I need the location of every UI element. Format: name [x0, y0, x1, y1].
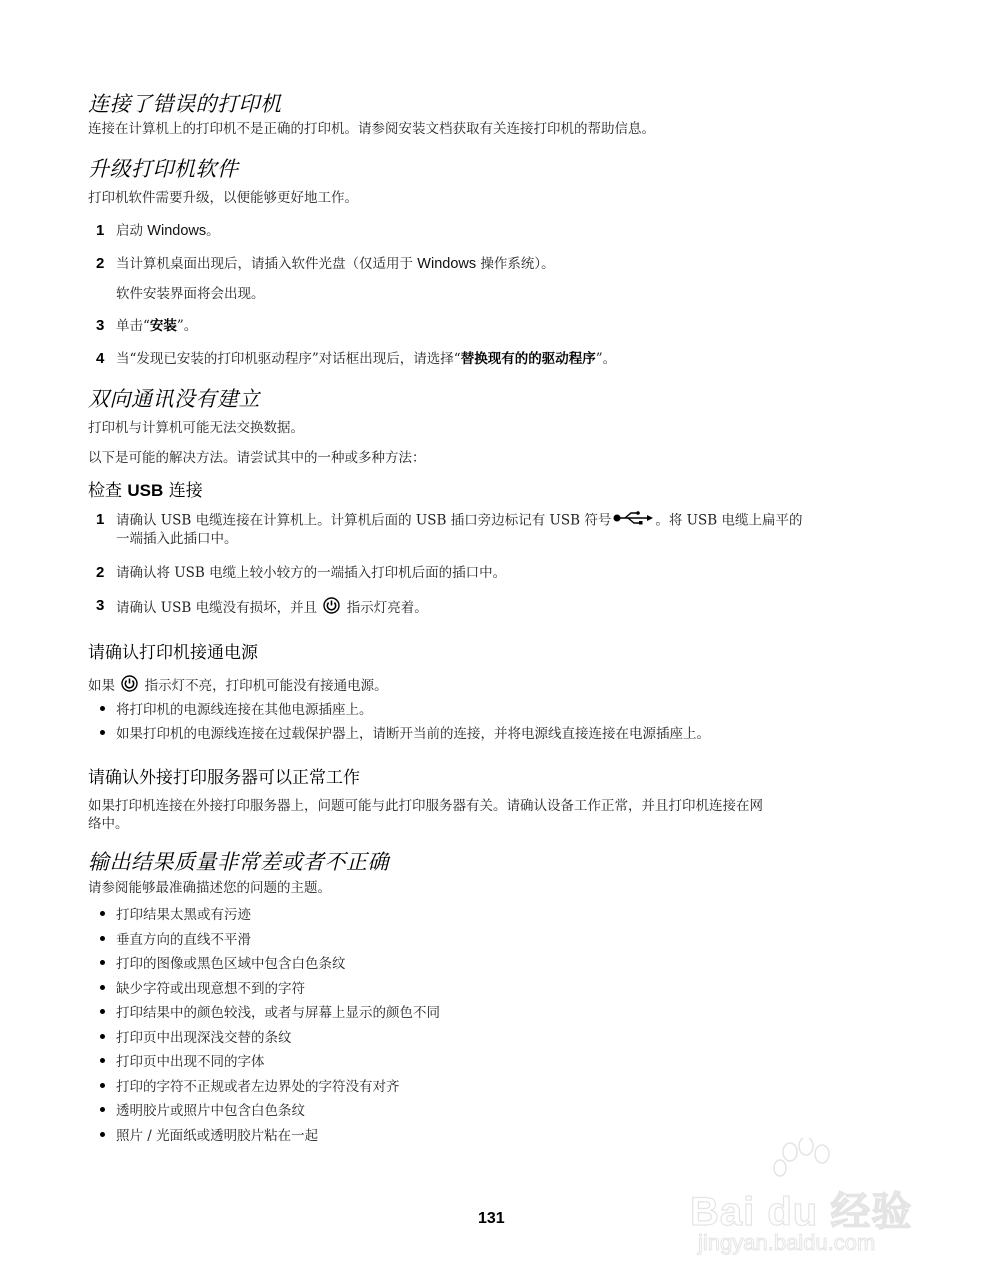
- step-text-latin: Windows: [147, 223, 206, 239]
- step-number: 4: [96, 350, 104, 367]
- bullet-dot: [100, 936, 105, 941]
- list-item: 将打印机的电源线连接在其他电源插座上。: [116, 698, 373, 718]
- heading-text: 检查: [88, 481, 127, 501]
- step-number: 3: [96, 597, 104, 614]
- step-insert-cd: 当计算机桌面出现后，请插入软件光盘（仅适用于 Windows 操作系统）。: [116, 255, 555, 274]
- bullet-dot: [100, 960, 105, 965]
- paragraph-bidirectional-1: 打印机与计算机可能无法交换数据。: [88, 419, 304, 438]
- bullet-dot: [100, 1107, 105, 1112]
- page-number: 131: [478, 1210, 505, 1228]
- bullet-dot: [100, 1132, 105, 1137]
- step-text-bold: 替换现有的的驱动程序: [461, 351, 596, 367]
- bullet-dot: [100, 706, 105, 711]
- list-item: 照片 / 光面纸或透明胶片粘在一起: [116, 1124, 318, 1144]
- step-text: 操作系统）。: [476, 256, 555, 272]
- step-text: 请确认 USB 电缆没有损坏，并且: [116, 600, 321, 616]
- bullet-dot: [100, 1058, 105, 1063]
- list-item: 垂直方向的直线不平滑: [116, 928, 251, 948]
- paragraph-server-2: 络中。: [88, 815, 129, 834]
- step-click-install: 单击“安装”。: [116, 317, 197, 336]
- heading-text: 连接: [163, 481, 202, 501]
- step-number: 1: [96, 511, 104, 528]
- paragraph-quality-intro: 请参阅能够最准确描述您的问题的主题。: [88, 879, 331, 898]
- bullet-dot: [100, 1009, 105, 1014]
- list-item: 如果打印机的电源线连接在过载保护器上，请断开当前的连接，并将电源线直接连接在电源…: [116, 722, 710, 742]
- list-item: 打印结果中的颜色较浅，或者与屏幕上显示的颜色不同: [116, 1001, 440, 1021]
- usb-icon: [613, 511, 653, 531]
- bullet-dot: [100, 1034, 105, 1039]
- power-icon: [121, 675, 138, 698]
- step-text: 单击“: [116, 318, 150, 334]
- paragraph-upgrade-intro: 打印机软件需要升级，以便能够更好地工作。: [88, 189, 358, 208]
- step-text: 指示灯亮着。: [342, 600, 427, 616]
- step-text: 。将 USB 电缆上扁平的: [655, 513, 802, 529]
- paragraph-wrong-printer: 连接在计算机上的打印机不是正确的打印机。请参阅安装文档获取有关连接打印机的帮助信…: [88, 120, 655, 139]
- heading-check-server: 请确认外接打印服务器可以正常工作: [88, 763, 360, 788]
- step-usb-computer: 请确认 USB 电缆连接在计算机上。计算机后面的 USB 插口旁边标记有 USB…: [116, 511, 803, 531]
- paragraph-text: 如果: [88, 678, 119, 694]
- paragraph-power-intro: 如果 指示灯不亮，打印机可能没有接通电源。: [88, 675, 388, 698]
- baidu-watermark: Bai du 经验 jingyan.baidu.com: [690, 1130, 930, 1265]
- step-text: 。: [206, 223, 220, 239]
- step-text-latin: Windows: [417, 256, 476, 272]
- list-item: 打印的字符不正规或者左边界处的字符没有对齐: [116, 1075, 400, 1095]
- bullet-dot: [100, 730, 105, 735]
- watermark-brand: Bai du 经验: [690, 1180, 912, 1237]
- step-usb-damage: 请确认 USB 电缆没有损坏，并且 指示灯亮着。: [116, 597, 428, 620]
- heading-wrong-printer: 连接了错误的打印机: [88, 88, 282, 118]
- paragraph-text: 指示灯不亮，打印机可能没有接通电源。: [140, 678, 387, 694]
- step-text: 当“发现已安装的打印机驱动程序”对话框出现后，请选择“: [116, 351, 461, 367]
- bullet-dot: [100, 911, 105, 916]
- heading-text-latin: USB: [127, 481, 163, 500]
- step-text: 启动: [116, 223, 147, 239]
- step-replace-driver: 当“发现已安装的打印机驱动程序”对话框出现后，请选择“替换现有的的驱动程序”。: [116, 350, 616, 369]
- step-number: 2: [96, 255, 104, 272]
- step-number: 2: [96, 564, 104, 581]
- paragraph-server-1: 如果打印机连接在外接打印服务器上，问题可能与此打印服务器有关。请确认设备工作正常…: [88, 797, 763, 816]
- list-item: 打印的图像或黑色区域中包含白色条纹: [116, 952, 346, 972]
- step-text: ”。: [177, 318, 197, 334]
- paragraph-bidirectional-2: 以下是可能的解决方法。请尝试其中的一种或多种方法：: [88, 449, 426, 468]
- heading-bidirectional: 双向通讯没有建立: [88, 383, 260, 413]
- step-note: 软件安装界面将会出现。: [116, 285, 265, 304]
- list-item: 打印页中出现深浅交替的条纹: [116, 1026, 292, 1046]
- step-usb-printer: 请确认将 USB 电缆上较小较方的一端插入打印机后面的插口中。: [116, 564, 506, 583]
- bullet-dot: [100, 985, 105, 990]
- list-item: 打印页中出现不同的字体: [116, 1050, 265, 1070]
- heading-check-usb: 检查 USB 连接: [88, 476, 203, 501]
- heading-upgrade-software: 升级打印机软件: [88, 153, 239, 183]
- heading-check-power: 请确认打印机接通电源: [88, 638, 258, 663]
- power-icon: [323, 597, 340, 620]
- list-item: 缺少字符或出现意想不到的字符: [116, 977, 305, 997]
- bullet-dot: [100, 1083, 105, 1088]
- watermark-url: jingyan.baidu.com: [698, 1230, 875, 1256]
- step-text: 请确认 USB 电缆连接在计算机上。计算机后面的 USB 插口旁边标记有 USB…: [116, 513, 611, 529]
- list-item: 打印结果太黑或有污迹: [116, 903, 251, 923]
- step-number: 1: [96, 222, 104, 239]
- step-text-bold: 安装: [150, 318, 177, 334]
- step-number: 3: [96, 317, 104, 334]
- step-text: 当计算机桌面出现后，请插入软件光盘（仅适用于: [116, 256, 417, 272]
- list-item: 透明胶片或照片中包含白色条纹: [116, 1099, 305, 1119]
- heading-poor-quality: 输出结果质量非常差或者不正确: [88, 846, 389, 876]
- step-usb-computer-cont: 一端插入此插口中。: [116, 530, 238, 549]
- step-text: ”。: [596, 351, 616, 367]
- step-start-windows: 启动 Windows。: [116, 222, 220, 241]
